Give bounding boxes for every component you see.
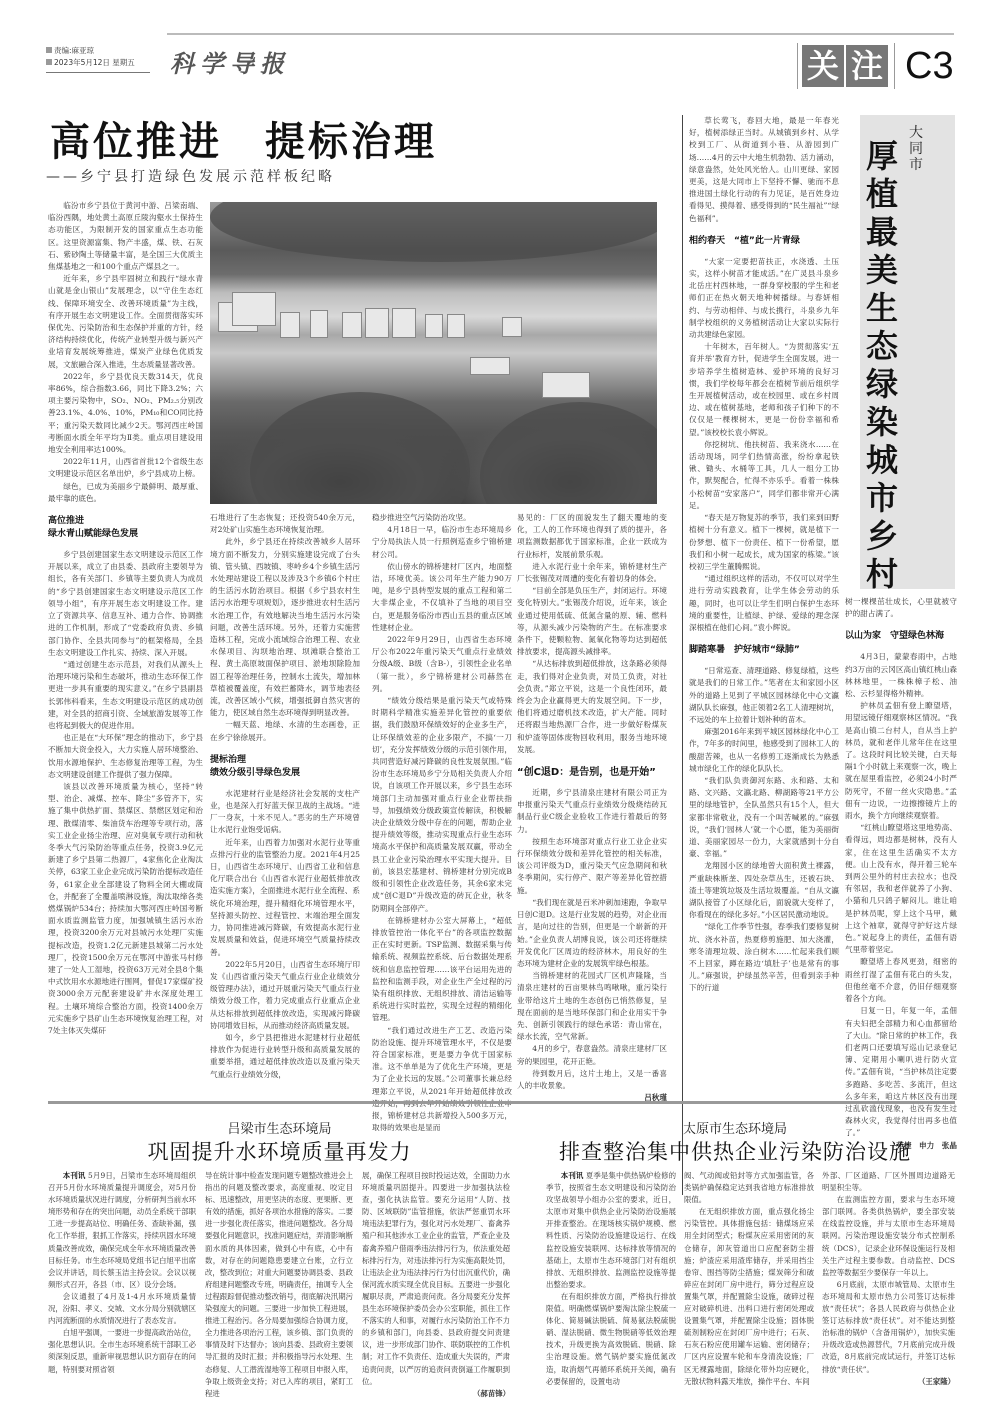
paragraph: 按照生态环境部对重点行业工业企业实行环保绩效分级和差异化管控的相关标准，该公司评… — [517, 836, 667, 897]
paragraph: 草长莺飞，春回大地，最是一年春光好，植树添绿正当时。从城镇到乡村、从学校到工厂、… — [689, 115, 839, 225]
paragraph: 近年来，乡宁县牢固树立和践行“绿水青山就是金山银山”发展理念，以“守住生态红线、… — [48, 273, 203, 371]
side-article-col2: 树一棵棵茁壮成长，心里就被守护的甜占满了。 以山为家 守望绿色林海 4月3日，蒙… — [845, 596, 957, 1196]
paragraph: 当锦桥建材的花园式厂区机声隆隆，当清泉庄建材的百亩果林鸟鸣啾啾，重污染行业带给这… — [517, 970, 667, 1043]
paragraph: 白旭平强调，一要进一步提高政治站位，强化思想认识。全市生态环境系统干部职工必须深… — [48, 1327, 196, 1375]
paragraph: 会议通报了4月及1-4月水环境质量情况，汾阳、孝义、交城、文水分局分别就辖区内河… — [48, 1291, 196, 1327]
paragraph: “目前全部是负压生产，封闭运行。环境变化特别大。”张锡茂介绍说，近年来，该企业通… — [517, 585, 667, 658]
paragraph: 易见的：厂区的面貌发生了翻天覆地的变化，工人的工作环境也得到了质的提升，各项监测… — [517, 512, 667, 561]
section-divider — [48, 1101, 511, 1104]
editor-credit: 责编:麻亚琼 — [54, 46, 94, 55]
section-heading: 提标治理 绩效分级引导绿色发展 — [210, 754, 360, 780]
paragraph: “我们现在就是百米冲刺加速跑，争取早日创C退D。这是行业发展的趋势，对企业而言，… — [517, 897, 667, 970]
paragraph: 护林员孟佃有登上瞭望塔，用望远镜仔细观察林区情况。“我是高山镇二台村人，自从当上… — [845, 700, 957, 822]
paragraph: 待到数月后，这片土地上，又是一番喜人的丰收景象。 — [517, 1068, 667, 1092]
bottom-right-col1: 本刊讯 夏季是集中供热锅炉检修的季节，按照省生态文明建设和污染防治攻坚战领导小组… — [546, 1170, 676, 1405]
paragraph: 此外，乡宁县还在持续改善城乡人居环境方面不断发力，分别实施建设完成了台头镇、管头… — [210, 536, 360, 719]
paragraph: “红桃山瞭望塔这里地势高、看得远，周边都是树林，没有人家，住在这里生活确实不太方… — [845, 822, 957, 956]
paragraph: 一幅天蓝、地绿、水清的生态画卷，正在乡宁徐徐展开。 — [210, 719, 360, 743]
bottom-right-col3: 外部、厂区道路、厂区外围周边道路无明显积尘等。 在监测监控方面，要求与生态环境部… — [822, 1170, 955, 1405]
bullet-square-icon — [46, 47, 52, 53]
byline: （王家隆） — [822, 1376, 955, 1388]
byline: （郝苗锋） — [362, 1388, 510, 1400]
lead-label: 本刊讯 — [561, 1171, 584, 1180]
main-article-col1: 临汾市乡宁县位于黄河中游、吕梁南端、临汾西隅，地处黄土高原丘陵沟壑水土保持生态功… — [48, 200, 203, 1196]
paragraph: 阀、气动阀或铅封等方式加强监管，各类锅炉确保稳定达到我省地方标准排放限值。 — [684, 1170, 814, 1206]
paragraph: “绩效分级结果是重污染天气或特殊时期科学精准实施差异化管控的重要依据，我们鼓励环… — [372, 695, 512, 915]
paragraph: 瞭望塔上春风更劲，细密的雨丝打湿了孟佃有花白的头发，但他丝毫不介意，仍旧仔细观察… — [845, 956, 957, 1005]
paragraph: “大家一定要把苗扶正，水浇透、土压实，这样小树苗才能成活。”在广灵县斗泉乡北岳庄… — [689, 256, 839, 341]
bottom-left-col3: 展，确保工程项目按时投运达效，全面助力水环境质量巩固提升。四要进一步加强执法检查… — [362, 1170, 510, 1405]
paragraph: 依山傍水的锦桥建材厂区内，地面整洁，环境优美。该公司年生产能力90万吨，是乡宁县… — [372, 561, 512, 634]
bottom-right-kicker: 太原市生态环境局 — [515, 1118, 955, 1137]
paragraph: 在有组织排放方面，严格执行排放限值。明确燃煤锅炉要淘汰除尘脱硫一体化、简易碱法脱… — [546, 1291, 676, 1388]
main-article-col3: 稳步推进空气污染防治攻坚。 4月18日一早，临汾市生态环境局乡宁分局执法人员一行… — [372, 512, 512, 1196]
main-article-col4: 易见的：厂区的面貌发生了翻天覆地的变化，工人的工作环境也得到了质的提升，各项监测… — [517, 512, 667, 1196]
main-article-col2: 石堆进行了生态恢复；还投资540余万元，对2处矿山实施生态环境恢复治理。 此外，… — [210, 512, 360, 1196]
section-tag: 关 注 C3 — [793, 43, 954, 89]
section-char: 注 — [846, 45, 888, 87]
paragraph: “春天是万物复苏的季节，我们来到田野植树十分有意义。植下一棵树，就是植下一份梦想… — [689, 512, 839, 573]
paragraph: “通过组织这样的活动，不仅可以对学生进行劳动实践教育，让学生体会劳动的乐趣，同时… — [689, 573, 839, 634]
paragraph: 在无组织排放方面，重点强化扬尘污染管控。具体措施包括：储煤场应采用全封闭型式；粉… — [684, 1206, 814, 1387]
bottom-right-col2: 阀、气动阀或铅封等方式加强监管，各类锅炉确保稳定达到我省地方标准排放限值。 在无… — [684, 1170, 814, 1405]
paragraph: “绿化工作季节性强，春季我们要修复树坑、浇水补苗，热夏修剪施肥、加大浇灌，寒冬清… — [689, 921, 839, 994]
section-heading: “创C退D：是告别，也是开始” — [517, 766, 667, 779]
paragraph: 稳步推进空气污染防治攻坚。 — [372, 512, 512, 524]
section-heading: 脚踏寒暑 护好城市“绿肺” — [689, 644, 839, 657]
paragraph: 十年树木，百年树人。“为贯彻落实‘五育并举’教育方针，促进学生全面发展，进一步培… — [689, 341, 839, 439]
paragraph: 该县以改善环境质量为核心，坚持“转型、治企、减煤、控车、降尘”多管齐下，实施了集… — [48, 781, 203, 1037]
paragraph: 你挖树坑、他扶树苗、我来浇水……在活动现场，同学们热情高涨，纷纷拿起铁锹、锄头、… — [689, 439, 839, 512]
paragraph: 树一棵棵茁壮成长，心里就被守护的甜占满了。 — [845, 596, 957, 620]
page-number: C3 — [905, 45, 954, 88]
paragraph: 展，确保工程项目按时投运达效，全面助力水环境质量巩固提升。四要进一步加强执法检查… — [362, 1170, 510, 1388]
bottom-left-headline: 巩固提升水环境质量再发力 — [48, 1136, 511, 1166]
paragraph: 石堆进行了生态恢复；还投资540余万元，对2处矿山实施生态环境恢复治理。 — [210, 512, 360, 536]
top-rule — [167, 33, 954, 35]
main-headline: 高位推进 提标治理 — [50, 110, 437, 167]
paragraph: 近期，乡宁县清泉庄建材有限公司正为申报重污染天气重点行业绩效分级烧结砖瓦制品行业… — [517, 787, 667, 836]
bottom-left-col2: 导在统计事中检查发现问题专题整改推进会上指出的问题及整改要求，高度重视、咬定目标… — [205, 1170, 353, 1405]
side-headline: 厚植最美生态 绿染城市乡村 — [864, 137, 900, 593]
bottom-left-col1: 本刊讯 5月9日，吕梁市生态环境局组织召开5月份水环境质量提升调度会，对5月份水… — [48, 1170, 196, 1405]
column-divider — [682, 115, 683, 1195]
section-char: 关 — [802, 45, 844, 87]
paragraph: 进入水泥行业十余年来，锦桥建材生产厂长张锡茂对周遭的变化有着切身的体会。 — [517, 561, 667, 585]
paragraph: 龙翔园小区的绿地曾大面积黄土裸露，严重缺株断垄、四处杂草丛生，还被石块、渣土等建… — [689, 860, 839, 921]
paragraph: 导在统计事中检查发现问题专题整改推进会上指出的问题及整改要求，高度重视、咬定目标… — [205, 1170, 353, 1400]
paragraph: 近年来，山西着力加强对水泥行业等重点排污行业的监管整治力度。2021年4月25日… — [210, 837, 360, 959]
paragraph: 4月3日，蒙蒙春雨中，占地约3万亩的云冈区高山镇红桃山森林林地里，一株株樟子松、… — [845, 651, 957, 700]
paragraph: 2022年9月29日，山西省生态环境厅公布2022年重污染天气重点行业绩效分级A… — [372, 634, 512, 695]
main-subhead: ——乡宁县打造绿色发展示范样板纪略 — [46, 166, 335, 186]
section-heading: 以山为家 守望绿色林海 — [845, 630, 957, 643]
paragraph: 麻强2016年来到平城区园林绿化中心工作，7年多的时间里，他感受到了园林工人的酸… — [689, 726, 839, 775]
paragraph: 外部、厂区道路、厂区外围周边道路无明显积尘等。 — [822, 1170, 955, 1194]
paragraph: 4月18日一早，临汾市生态环境局乡宁分局执法人员一行照例巡查乡宁锦桥建材公司。 — [372, 524, 512, 561]
paragraph: 6月底前，太原市城管局、太原市生态环境局和太原市热力公司签订达标排放“责任状”；… — [822, 1279, 955, 1376]
paragraph: “日常巡查、清理道路、修复绿植，这些就是我们的日常工作。”笔者在太和家园小区外的… — [689, 665, 839, 726]
section-heading: 相约春天 “植”此一片青绿 — [689, 235, 839, 248]
paragraph: 水泥建材行业是经济社会发展的支柱产业，也是深入打好蓝天保卫战的主战场。“进厂一身… — [210, 788, 360, 837]
paragraph: 2022年，乡宁县优良天数314天，优良率86%，综合指数3.66，同比下降3.… — [48, 371, 203, 456]
newspaper-masthead: 科学导报 — [170, 44, 290, 79]
side-kicker: 大同市 — [909, 125, 921, 173]
section-heading: 高位推进 绿水青山赋能绿色发展 — [48, 515, 203, 541]
divider — [797, 43, 798, 89]
paragraph: “从达标排放到超低排放，这条路必须得走，我们得对企业负责，对员工负责，对社会负责… — [517, 658, 667, 756]
paragraph: 绿色，已成为美丽乡宁最鲜明、最厚重、最牢靠的底色。 — [48, 481, 203, 505]
divider — [894, 43, 895, 89]
meta-rule — [46, 72, 150, 73]
bullet-square-icon — [46, 59, 52, 65]
bottom-left-kicker: 吕梁市生态环境局 — [48, 1118, 511, 1137]
paragraph: 2022年11月，山西省首批12个省级生态文明建设示范区名单出炉，乡宁县成功上榜… — [48, 456, 203, 480]
paragraph: 临汾市乡宁县位于黄河中游、吕梁南端、临汾西隅，地处黄土高原丘陵沟壑水土保持生态功… — [48, 200, 203, 273]
paragraph: 在监测监控方面，要求与生态环境部门联网。各类供热锅炉，要全部安装在线监控设施，并… — [822, 1194, 955, 1279]
section-divider — [510, 1101, 955, 1104]
paragraph: 2022年5月20日，山西省生态环境厅印发《山西省重污染天气重点行业企业绩效分级… — [210, 959, 360, 1032]
bottom-right-headline: 排查整治集中供热企业污染防治设施 — [515, 1136, 955, 1166]
side-article-title-panel: 大同市 厚植最美生态 绿染城市乡村 — [860, 115, 955, 589]
paragraph: “通过创建生态示范县，对我们从源头上治理环境污染和生态破坏，推动生态环保工作更进… — [48, 659, 203, 732]
paragraph: 乡宁县创建国家生态文明建设示范区工作开展以来，成立了由县委、县政府主要领导为组长… — [48, 549, 203, 659]
lead-label: 本刊讯 — [63, 1171, 86, 1180]
issue-meta: 责编:麻亚琼 2023年5月12日 星期五 — [46, 45, 135, 69]
issue-date: 2023年5月12日 星期五 — [54, 58, 135, 67]
paragraph: 在锦桥建材办公室大屏幕上，“超低排放管控治一体化平台”的各项监控数据正在实时更新… — [372, 915, 512, 1025]
paragraph: 4月的乡宁，春意盎然。清泉庄建材厂区旁的果园里，花开正艳。 — [517, 1043, 667, 1067]
aerial-town-photo — [210, 202, 657, 504]
side-article-col1: 草长莺飞，春回大地，最是一年春光好，植树添绿正当时。从城镇到乡村、从学校到工厂、… — [689, 115, 839, 1195]
paragraph: 如今，乡宁县把推进水泥建材行业超低排放作为促进行业转型升级和高质量发展的重要举措… — [210, 1032, 360, 1081]
paragraph: “我们队负责御河东路、永和路、太和路、文兴路、文瀛北路、柳湖路等21平方公里的绿… — [689, 775, 839, 860]
paragraph: 也正是在“大环保”理念的推动下，乡宁县不断加大资金投入，大力实施人居环境整治、饮… — [48, 732, 203, 781]
